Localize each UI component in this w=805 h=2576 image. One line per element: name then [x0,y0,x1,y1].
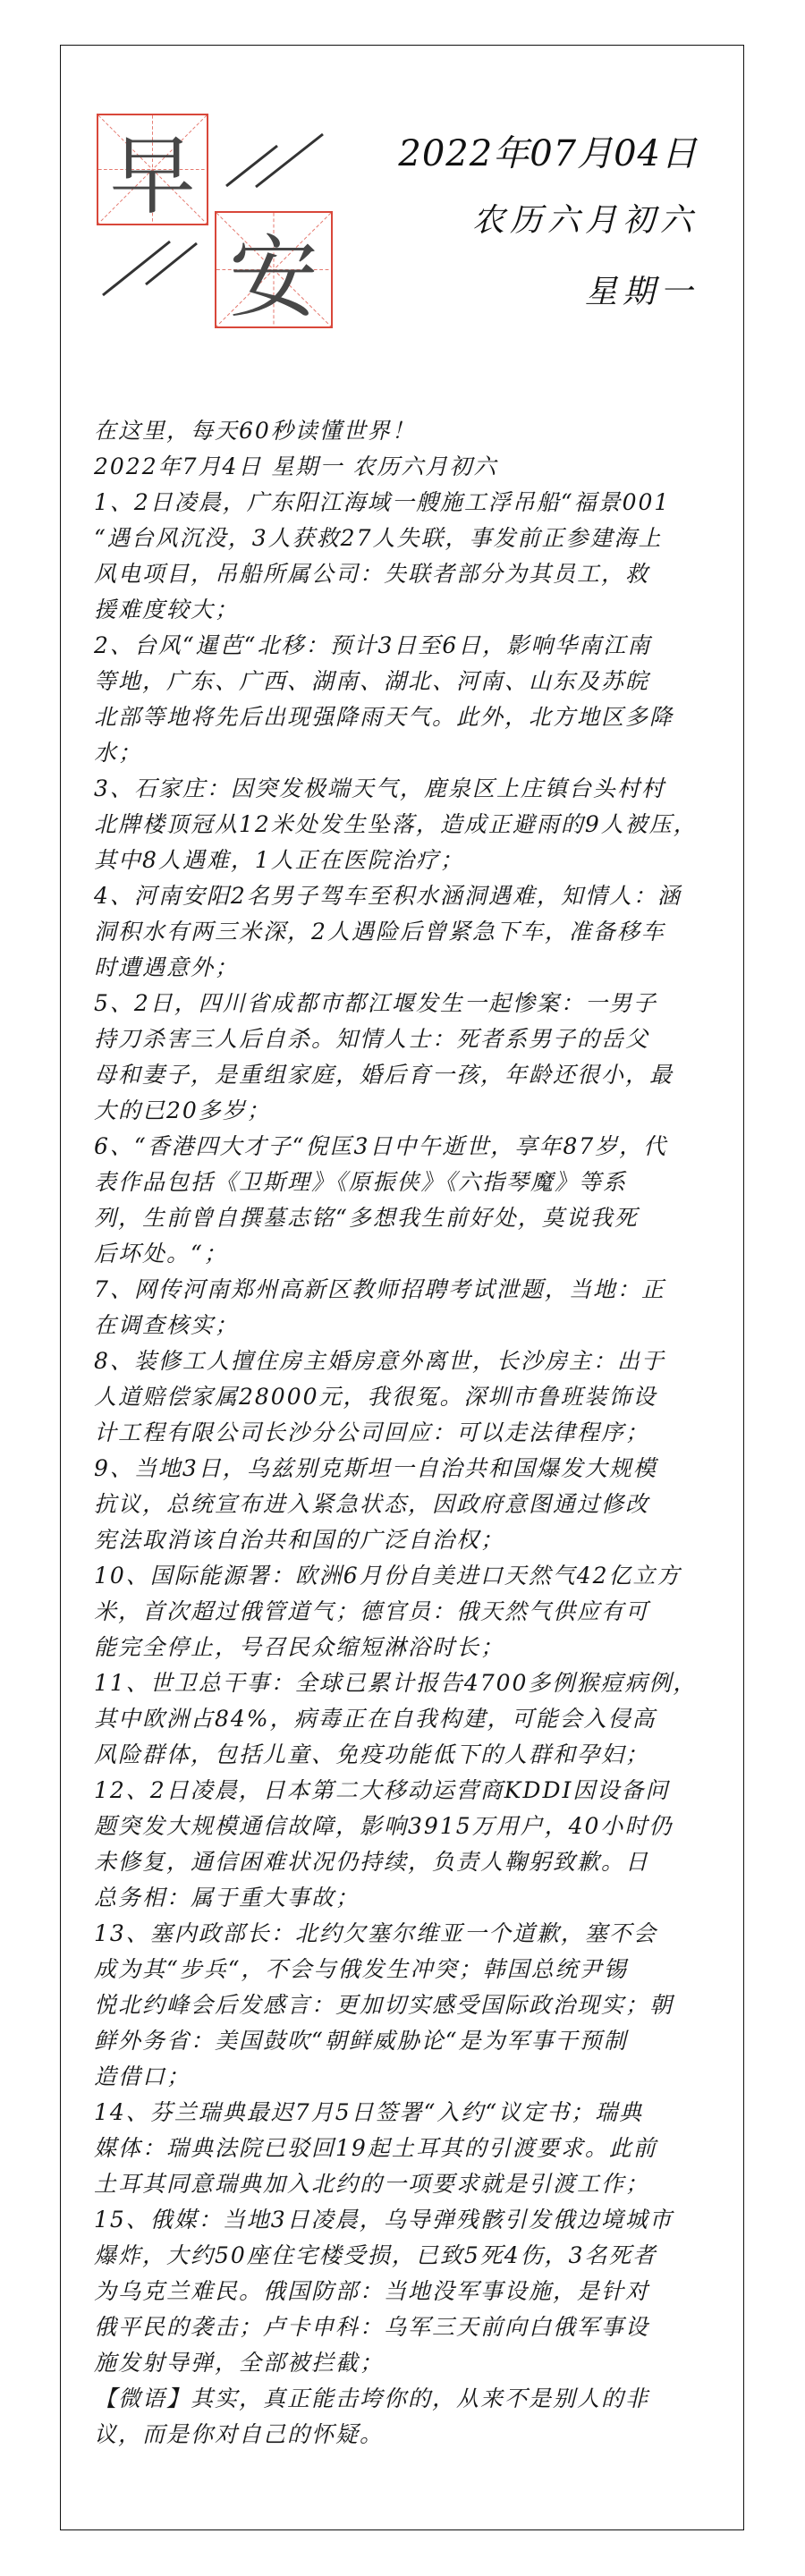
news-line: 能完全停止，号召民众缩短淋浴时长； [94,1630,720,1665]
news-line: 4、河南安阳2名男子驾车至积水涵洞遇难，知情人：涵 [94,878,720,914]
news-line: 抗议，总统宣布进入紧急状态，因政府意图通过修改 [94,1487,720,1522]
news-line: 1、2日凌晨，广东阳江海域一艘施工浮吊船“福景001 [94,485,720,521]
news-line: 计工程有限公司长沙分公司回应：可以走法律程序； [94,1415,720,1451]
news-line: 人道赔偿家属28000元，我很冤。深圳市鲁班装饰设 [94,1379,720,1415]
news-line: 6、“香港四大才子“倪匡3日中午逝世，享年87岁，代 [94,1129,720,1165]
news-line: 米，首次超过俄管道气；德官员：俄天然气供应有可 [94,1594,720,1630]
news-line: 为乌克兰难民。俄国防部：当地没军事设施，是针对 [94,2274,720,2309]
lunar-date-heading: 农历六月初六 [472,195,698,241]
date-heading: 2022年07月04日 [398,125,698,176]
news-line: 总务相：属于重大事故； [94,1880,720,1916]
news-line: 造借口； [94,2059,720,2095]
news-line: 母和妻子，是重组家庭，婚后育一孩，年龄还很小，最 [94,1057,720,1093]
news-line: 其中欧洲占84%，病毒正在自我构建，可能会入侵高 [94,1701,720,1737]
news-line: 在调查核实； [94,1308,720,1343]
news-line: 风险群体，包括儿童、免疫功能低下的人群和孕妇； [94,1737,720,1773]
news-line: 等地，广东、广西、湖南、湖北、河南、山东及苏皖 [94,664,720,699]
news-line: 北牌楼顶冠从12米处发生坠落，造成正避雨的9人被压， [94,807,720,843]
news-line: 土耳其同意瑞典加入北约的一项要求就是引渡工作； [94,2166,720,2202]
news-line: 3、石家庄：因突发极端天气，鹿泉区上庄镇台头村村 [94,771,720,807]
news-line: 8、装修工人擅住房主婚房意外离世，长沙房主：出于 [94,1343,720,1379]
news-line: 后坏处。“； [94,1236,720,1272]
news-line: 风电项目，吊船所属公司：失联者部分为其员工，救 [94,556,720,592]
news-line: 未修复，通信困难状况仍持续，负责人鞠躬致歉。日 [94,1844,720,1880]
quote-line: 【微语】其实，真正能击垮你的，从来不是别人的非 [94,2381,720,2417]
slash-strokes-icon [0,0,805,376]
news-body: 在这里，每天60秒读懂世界！ 2022年7月4日 星期一 农历六月初六 1、2日… [94,413,720,2453]
news-line: 北部等地将先后出现强降雨天气。此外，北方地区多降 [94,699,720,735]
news-line: 大的已20多岁； [94,1093,720,1129]
quote-line: 议，而是你对自己的怀疑。 [94,2417,720,2453]
news-line: 宪法取消该自治共和国的广泛自治权； [94,1522,720,1558]
weekday-heading: 星期一 [585,267,698,312]
news-line: 10、国际能源署：欧洲6月份自美进口天然气42亿立方 [94,1558,720,1594]
news-line: 悦北约峰会后发感言：更加切实感受国际政治现实；朝 [94,1987,720,2023]
news-line: 题突发大规模通信故障，影响3915万用户，40小时仍 [94,1809,720,1844]
news-line: 9、当地3日，乌兹别克斯坦一自治共和国爆发大规模 [94,1451,720,1487]
news-line: 12、2日凌晨，日本第二大移动运营商KDDI因设备问 [94,1773,720,1809]
news-line: “遇台风沉没，3人获救27人失联，事发前正参建海上 [94,521,720,556]
news-line: 俄平民的袭击；卢卡申科：乌军三天前向白俄军事设 [94,2309,720,2345]
news-line: 成为其“步兵“，不会与俄发生冲突；韩国总统尹锡 [94,1952,720,1987]
news-line: 列，生前曾自撰墓志铭“多想我生前好处，莫说我死 [94,1200,720,1236]
news-line: 水； [94,735,720,771]
news-line: 14、芬兰瑞典最迟7月5日签署“入约“议定书；瑞典 [94,2095,720,2131]
news-line: 7、网传河南郑州高新区教师招聘考试泄题，当地：正 [94,1272,720,1308]
news-line: 5、2日，四川省成都市都江堰发生一起惨案：一男子 [94,986,720,1021]
news-line: 13、塞内政部长：北约欠塞尔维亚一个道歉，塞不会 [94,1916,720,1952]
news-line: 15、俄媒：当地3日凌晨，乌导弹残骸引发俄边境城市 [94,2202,720,2238]
news-line: 其中8人遇难，1人正在医院治疗； [94,843,720,878]
news-line: 爆炸，大约50座住宅楼受损，已致5死4伤，3名死者 [94,2238,720,2274]
intro-line: 在这里，每天60秒读懂世界！ [94,413,720,449]
news-line: 持刀杀害三人后自杀。知情人士：死者系男子的岳父 [94,1021,720,1057]
news-line: 11、世卫总干事：全球已累计报告4700多例猴痘病例， [94,1665,720,1701]
news-line: 时遭遇意外； [94,950,720,986]
news-line: 鲜外务省：美国鼓吹“朝鲜威胁论“是为军事干预制 [94,2023,720,2059]
news-line: 援难度较大； [94,592,720,628]
news-line: 表作品包括《卫斯理》《原振侠》《六指琴魔》等系 [94,1165,720,1200]
news-line: 施发射导弹，全部被拦截； [94,2345,720,2381]
date-line: 2022年7月4日 星期一 农历六月初六 [94,449,720,485]
news-line: 2、台风“暹芭“北移：预计3日至6日，影响华南江南 [94,628,720,664]
news-line: 洞积水有两三米深，2人遇险后曾紧急下车，准备移车 [94,914,720,950]
news-line: 媒体：瑞典法院已驳回19起土耳其的引渡要求。此前 [94,2131,720,2166]
